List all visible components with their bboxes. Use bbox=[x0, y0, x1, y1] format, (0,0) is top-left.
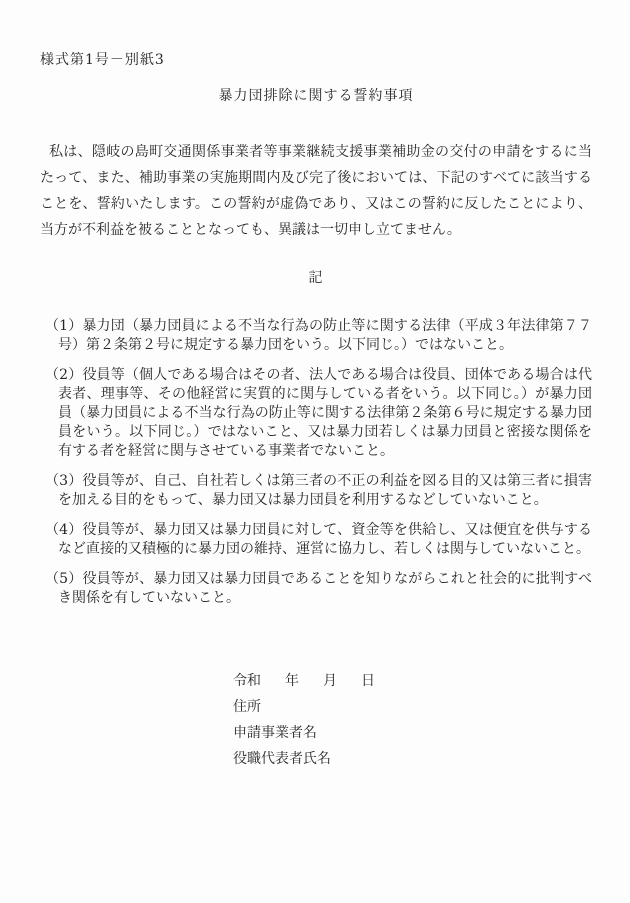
item-4-marker: （4） bbox=[45, 522, 82, 538]
year-label: 年 bbox=[285, 673, 299, 689]
address-label: 住所 bbox=[233, 694, 592, 720]
intro-paragraph: 私は、隠岐の島町交通関係事業者等事業継続支援事業補助金の交付の申請をするに当たっ… bbox=[40, 139, 592, 243]
pledge-item-4: （4）役員等が、暴力団又は暴力団員に対して、資金等を供給し、又は便宜を供与するな… bbox=[45, 521, 592, 559]
era-label: 令和 bbox=[233, 673, 261, 689]
item-5-marker: （5） bbox=[45, 571, 82, 587]
list-heading: 記 bbox=[40, 268, 592, 288]
pledge-item-1: （1）暴力団（暴力団員による不当な行為の防止等に関する法律（平成３年法律第７７号… bbox=[45, 317, 592, 355]
item-3-marker: （3） bbox=[45, 473, 82, 489]
item-1-text: 暴力団（暴力団員による不当な行為の防止等に関する法律（平成３年法律第７７号）第２… bbox=[58, 318, 592, 353]
pledge-item-2: （2）役員等（個人である場合はその者、法人である場合は役員、団体である場合は代表… bbox=[45, 366, 592, 461]
item-5-text: 役員等が、暴力団又は暴力団員であることを知りながらこれと社会的に批判すべき関係を… bbox=[58, 571, 592, 606]
document-page: 様式第1号－別紙3 暴力団排除に関する誓約事項 私は、隠岐の島町交通関係事業者等… bbox=[0, 0, 630, 903]
item-2-text: 役員等（個人である場合はその者、法人である場合は役員、団体である場合は代表者、理… bbox=[58, 367, 592, 459]
pledge-items: （1）暴力団（暴力団員による不当な行為の防止等に関する法律（平成３年法律第７７号… bbox=[40, 317, 592, 608]
pledge-item-5: （5）役員等が、暴力団又は暴力団員であることを知りながらこれと社会的に批判すべき… bbox=[45, 570, 592, 608]
representative-label: 役職代表者氏名 bbox=[233, 746, 592, 772]
date-line: 令和年月日 bbox=[233, 668, 592, 694]
business-name-label: 申請事業者名 bbox=[233, 720, 592, 746]
pledge-item-3: （3）役員等が、自己、自社若しくは第三者の不正の利益を図る目的又は第三者に損害を… bbox=[45, 472, 592, 510]
month-label: 月 bbox=[323, 673, 337, 689]
form-number: 様式第1号－別紙3 bbox=[40, 50, 592, 70]
signature-block: 令和年月日 住所 申請事業者名 役職代表者氏名 bbox=[233, 668, 592, 772]
item-1-marker: （1） bbox=[45, 318, 82, 334]
day-label: 日 bbox=[361, 673, 375, 689]
item-4-text: 役員等が、暴力団又は暴力団員に対して、資金等を供給し、又は便宜を供与するなど直接… bbox=[58, 522, 592, 557]
item-3-text: 役員等が、自己、自社若しくは第三者の不正の利益を図る目的又は第三者に損害を加える… bbox=[58, 473, 592, 508]
item-2-marker: （2） bbox=[45, 367, 82, 383]
document-title: 暴力団排除に関する誓約事項 bbox=[40, 86, 592, 106]
